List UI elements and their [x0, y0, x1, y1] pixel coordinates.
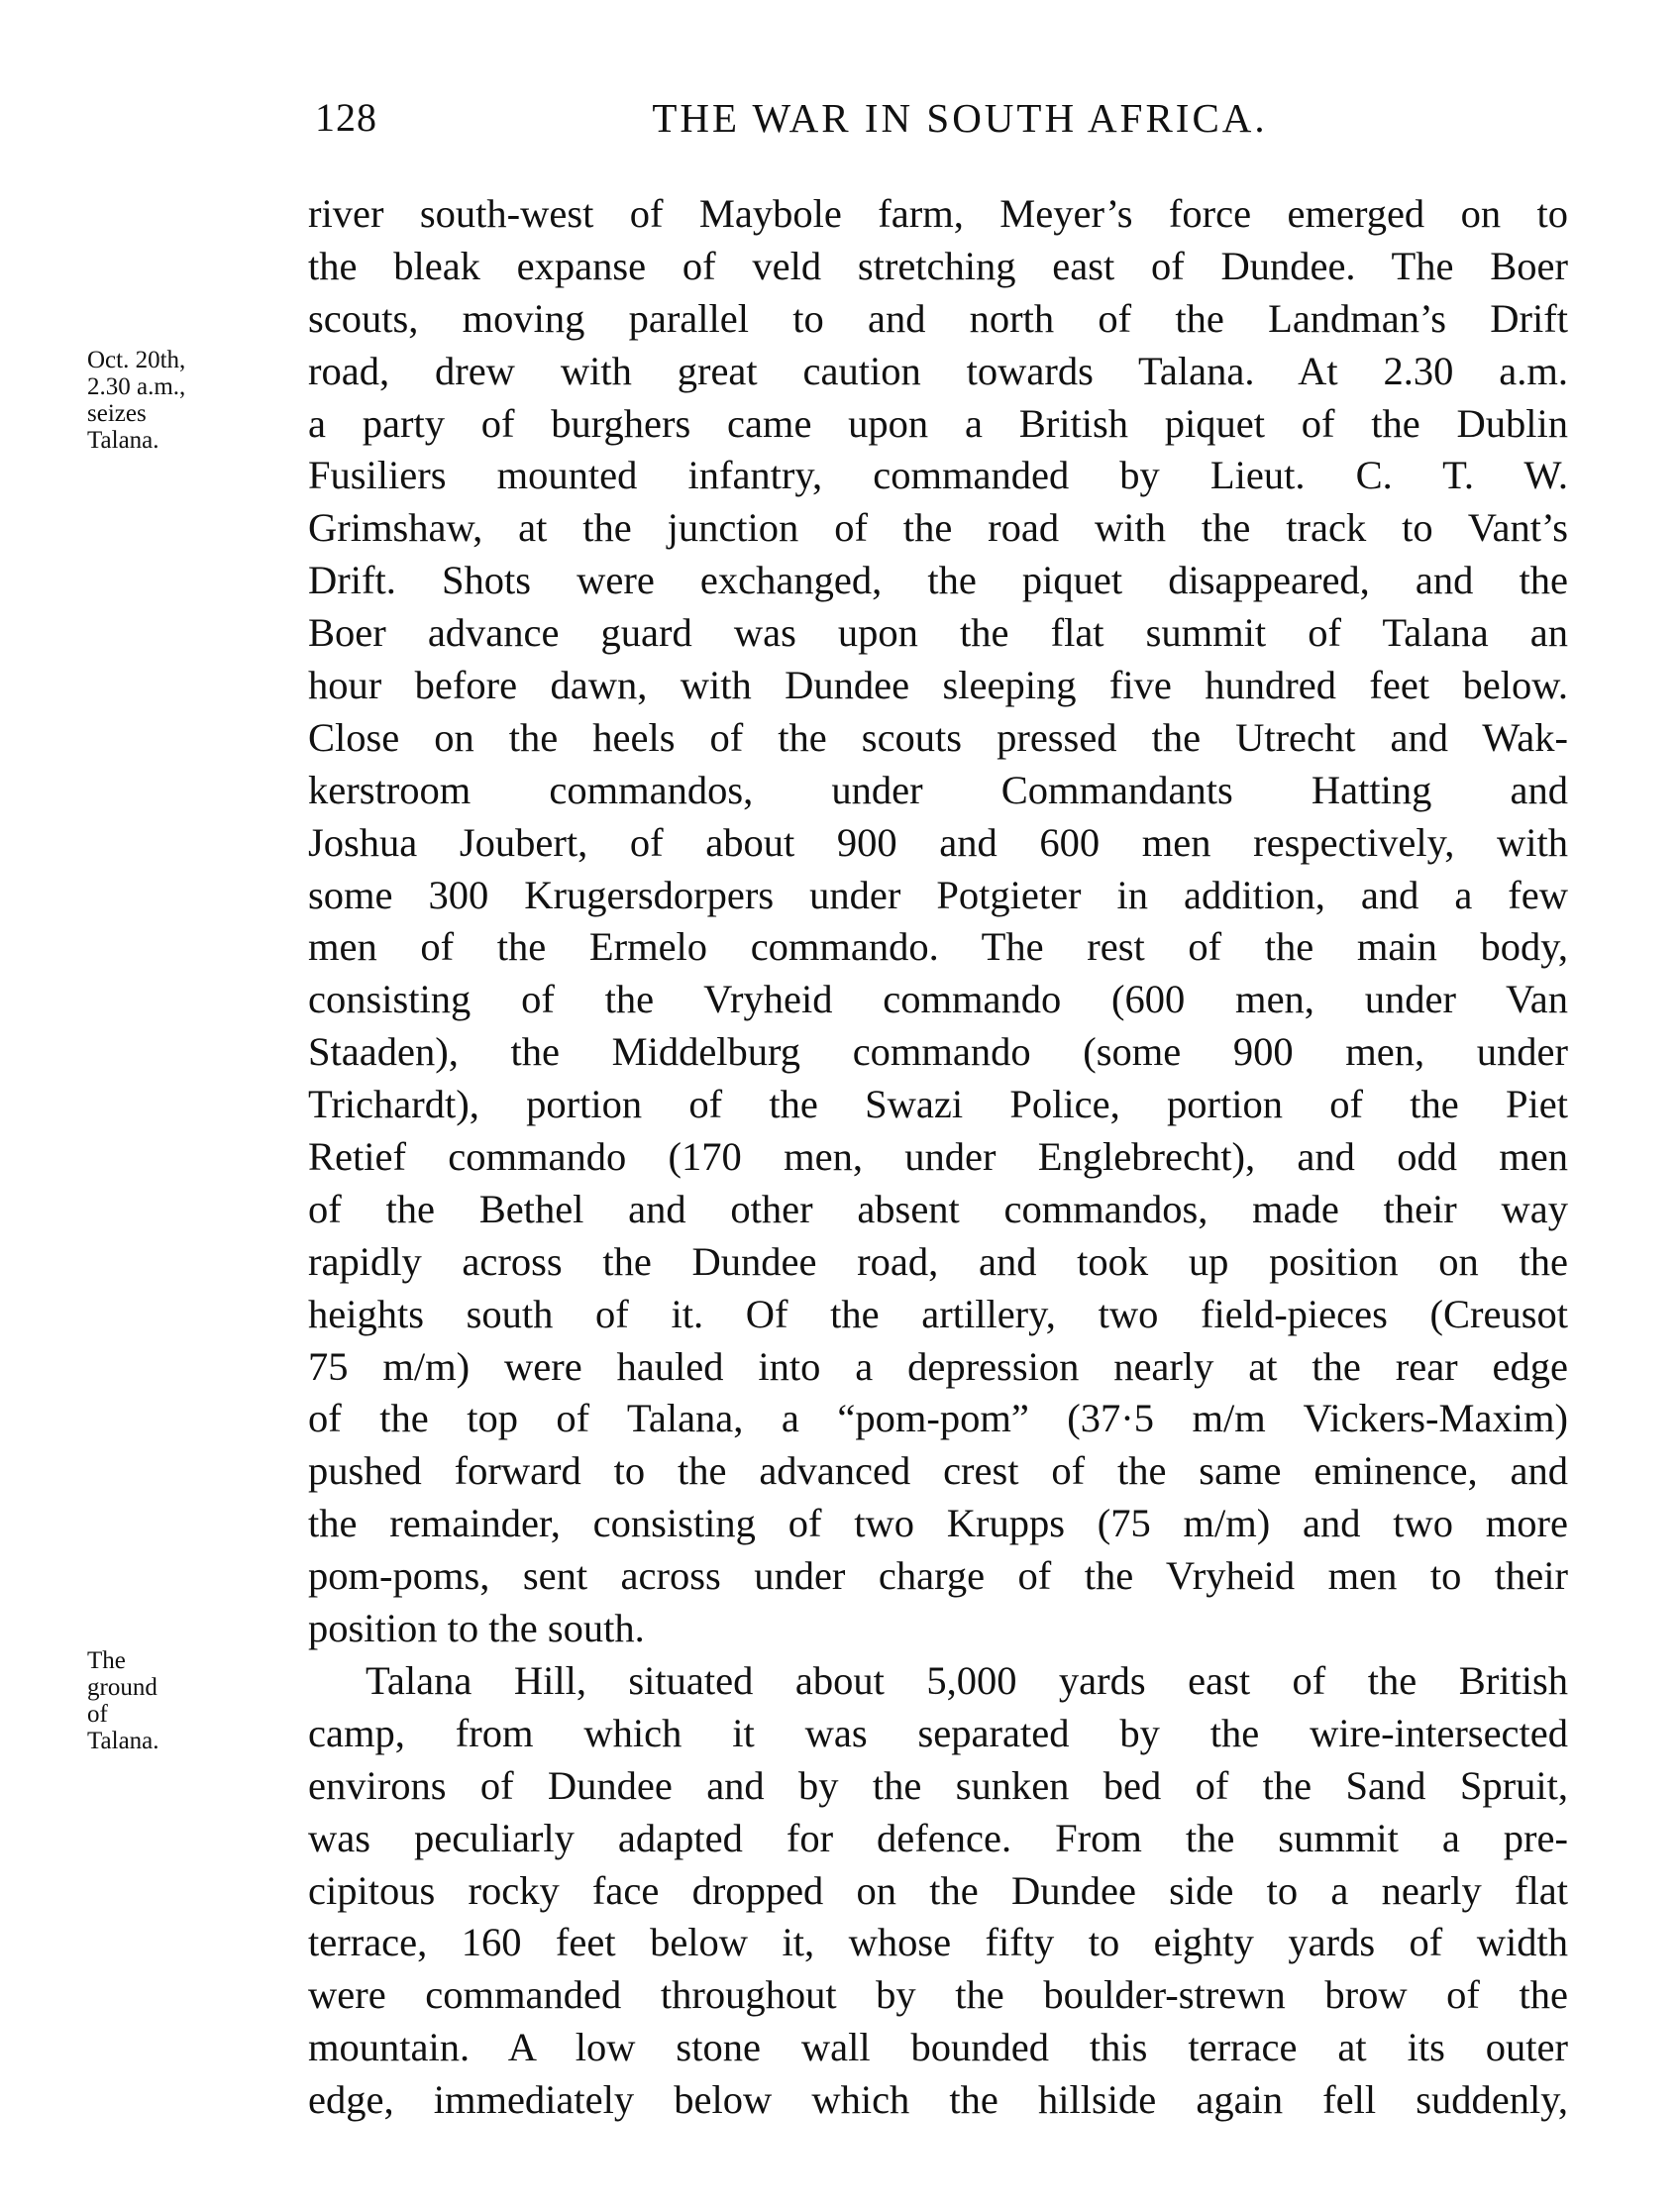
text-line: pushed forward to the advanced crest of …: [308, 1445, 1568, 1498]
text-line: men of the Ermelo commando. The rest of …: [308, 921, 1568, 974]
text-line: camp, from which it was separated by the…: [308, 1708, 1568, 1760]
margin-note-line: Talana.: [87, 427, 285, 454]
text-line: of the Bethel and other absent commandos…: [308, 1184, 1568, 1236]
paragraph-talana-hill: Talana Hill, situated about 5,000 yards …: [308, 1655, 1568, 2127]
text-line: Drift. Shots were exchanged, the piquet …: [308, 555, 1568, 607]
margin-note-line: ground: [87, 1674, 285, 1701]
text-line: scouts, moving parallel to and north of …: [308, 293, 1568, 346]
text-line: Talana Hill, situated about 5,000 yards …: [308, 1655, 1568, 1708]
text-line: Trichardt), portion of the Swazi Police,…: [308, 1079, 1568, 1131]
margin-note-ground-of-talana: The ground of Talana.: [87, 1647, 285, 1754]
text-line: position to the south.: [308, 1603, 1568, 1655]
text-line: Retief commando (170 men, under Englebre…: [308, 1131, 1568, 1184]
margin-note-line: Oct. 20th,: [87, 347, 285, 373]
text-line: road, drew with great caution towards Ta…: [308, 346, 1568, 398]
text-line: kerstroom commandos, under Commandants H…: [308, 765, 1568, 817]
text-line: were commanded throughout by the boulder…: [308, 1969, 1568, 2022]
margin-note-line: 2.30 a.m.,: [87, 373, 285, 400]
text-line: edge, immediately below which the hillsi…: [308, 2074, 1568, 2127]
text-line: of the top of Talana, a “pom-pom” (37·5 …: [308, 1393, 1568, 1445]
text-line: Boer advance guard was upon the flat sum…: [308, 607, 1568, 660]
text-line: consisting of the Vryheid commando (600 …: [308, 974, 1568, 1026]
text-line: mountain. A low stone wall bounded this …: [308, 2022, 1568, 2074]
page-header: 128 THE WAR IN SOUTH AFRICA.: [315, 94, 1565, 154]
text-line: a party of burghers came upon a British …: [308, 398, 1568, 451]
running-title: THE WAR IN SOUTH AFRICA.: [315, 94, 1565, 142]
text-line: heights south of it. Of the artillery, t…: [308, 1289, 1568, 1341]
margin-note-line: of: [87, 1701, 285, 1728]
text-line: Grimshaw, at the junction of the road wi…: [308, 502, 1568, 555]
text-line: rapidly across the Dundee road, and took…: [308, 1236, 1568, 1289]
text-line: terrace, 160 feet below it, whose fifty …: [308, 1917, 1568, 1969]
text-line: Joshua Joubert, of about 900 and 600 men…: [308, 817, 1568, 870]
text-line: was peculiarly adapted for defence. From…: [308, 1813, 1568, 1865]
text-line: 75 m/m) were hauled into a depression ne…: [308, 1341, 1568, 1394]
text-line: hour before dawn, with Dundee sleeping f…: [308, 660, 1568, 712]
text-line: environs of Dundee and by the sunken bed…: [308, 1760, 1568, 1813]
text-line: the bleak expanse of veld stretching eas…: [308, 241, 1568, 293]
margin-note-line: Talana.: [87, 1728, 285, 1754]
margin-note-line: seizes: [87, 400, 285, 427]
paragraph-boer-advance: river south-west of Maybole farm, Meyer’…: [308, 188, 1568, 1655]
margin-note-seizes-talana: Oct. 20th, 2.30 a.m., seizes Talana.: [87, 347, 285, 454]
text-line: Staaden), the Middelburg commando (some …: [308, 1026, 1568, 1079]
text-line: pom-poms, sent across under charge of th…: [308, 1550, 1568, 1603]
margin-note-line: The: [87, 1647, 285, 1674]
text-line: river south-west of Maybole farm, Meyer’…: [308, 188, 1568, 241]
body-text: river south-west of Maybole farm, Meyer’…: [308, 188, 1568, 2127]
text-line: some 300 Krugersdorpers under Potgieter …: [308, 870, 1568, 922]
text-line: Close on the heels of the scouts pressed…: [308, 712, 1568, 765]
text-line: the remainder, consisting of two Krupps …: [308, 1498, 1568, 1550]
text-line: Fusiliers mounted infantry, commanded by…: [308, 450, 1568, 502]
text-line: cipitous rocky face dropped on the Dunde…: [308, 1865, 1568, 1918]
